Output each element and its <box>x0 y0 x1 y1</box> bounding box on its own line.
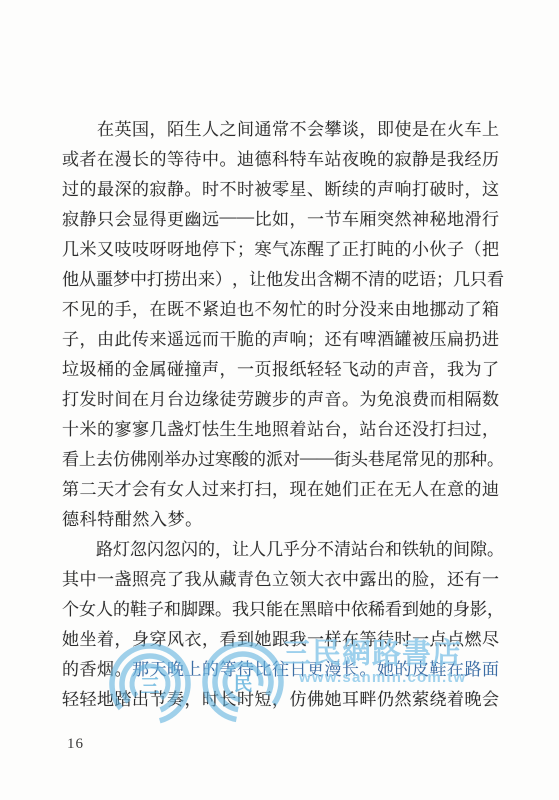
text-line: 打发时间在月台边缘徒劳踱步的声音。为免浪费而相隔数 <box>62 382 499 412</box>
text-line: 他从噩梦中打捞出来），让他发出含糊不清的呓语；几只看 <box>62 262 499 292</box>
text-block: 在英国，陌生人之间通常不会攀谈，即使是在火车上或者在漫长的等待中。迪德科特车站夜… <box>62 112 499 713</box>
text-line: 看上去仿佛刚举办过寒酸的派对——街头巷尾常见的那种。 <box>62 443 499 473</box>
text-line: 寂静只会显得更幽远——比如，一节车厢突然神秘地滑行 <box>62 202 499 232</box>
text-line: 其中一盏照亮了我从藏青色立领大衣中露出的脸，还有一 <box>62 563 499 593</box>
text-line: 十米的寥寥几盏灯怯生生地照着站台，站台还没打扫过， <box>62 412 499 442</box>
text-line: 垃圾桶的金属碰撞声，一页报纸轻轻飞动的声音，我为了 <box>62 352 499 382</box>
text-line: 的香烟。那天晚上的等待比往日更漫长。她的皮鞋在路面 <box>62 653 499 683</box>
text-line: 个女人的鞋子和脚踝。我只能在黑暗中依稀看到她的身影， <box>62 593 499 623</box>
page-number: 16 <box>67 736 84 753</box>
text-line: 几米又吱吱呀呀地停下；寒气冻醒了正打盹的小伙子（把 <box>62 232 499 262</box>
text-line: 路灯忽闪忽闪的，让人几乎分不清站台和铁轨的间隙。 <box>62 533 499 563</box>
text-line: 第二天才会有女人过来打扫，现在她们正在无人在意的迪 <box>62 473 499 503</box>
text-line: 过的最深的寂静。时不时被零星、断续的声响打破时，这 <box>62 172 499 202</box>
text-line: 轻轻地踏出节奏，时长时短，仿佛她耳畔仍然萦绕着晚会 <box>62 683 499 713</box>
text-line: 子，由此传来遥远而干脆的声响；还有啤酒罐被压扁扔进 <box>62 322 499 352</box>
text-line: 她坐着，身穿风衣，看到她跟我一样在等待时一点点燃尽 <box>62 623 499 653</box>
text-line: 在英国，陌生人之间通常不会攀谈，即使是在火车上 <box>62 112 499 142</box>
book-page: 在英国，陌生人之间通常不会攀谈，即使是在火车上或者在漫长的等待中。迪德科特车站夜… <box>0 0 559 800</box>
text-line: 或者在漫长的等待中。迪德科特车站夜晚的寂静是我经历 <box>62 142 499 172</box>
text-line: 不见的手，在既不紧迫也不匆忙的时分没来由地挪动了箱 <box>62 292 499 322</box>
text-line: 德科特酣然入梦。 <box>62 503 499 533</box>
